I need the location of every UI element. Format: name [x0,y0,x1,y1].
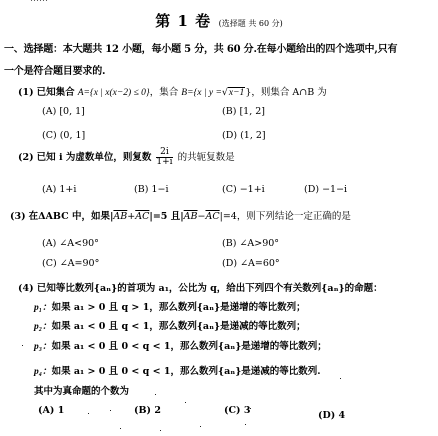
volume-title-sub: (选择题 共 60 分) [219,19,283,28]
proposition-p1: p₁：如果 a₁ > 0 且 q > 1，那么数列{aₙ}是递增的等比数列； [34,299,306,313]
exam-page: …… 第 1 卷 (选择题 共 60 分) 一、选择题：本大题共 12 小题，每… [0,0,438,436]
scan-speck [185,402,186,403]
scan-speck [120,428,121,429]
question-4-option-c[interactable]: (C) 3 [224,405,251,416]
vector-ac: AC [135,211,149,222]
option-value: ∠A<90° [59,238,99,249]
option-label: (A) [42,238,56,249]
set-b: B={x | y = [181,88,222,98]
question-text: 的共轭复数是 [178,152,235,163]
option-value: 4 [339,410,346,421]
question-3-option-a[interactable]: (A) ∠A<90° [42,238,99,249]
fraction-denominator: 1+i [156,158,172,167]
question-2-option-c[interactable]: (C) −1+i [222,184,265,195]
section-instructions-line1: 一、选择题：本大题共 12 小题，每小题 5 分，共 60 分.在每小题给出的四… [4,40,397,55]
question-text: 已知集合 [37,87,75,98]
scan-speck [340,378,341,379]
option-label: (B) [222,238,236,249]
question-1-option-a[interactable]: (A) [0, 1] [42,106,85,117]
cropped-previous-line: …… [30,0,48,4]
option-value: 1 [58,405,65,416]
proposition-p4: p₄：如果 a₁ > 0 且 0 < q < 1，那么数列{aₙ}是递减的等比数… [34,363,321,377]
vector-ab: AB [184,211,198,222]
option-value: 2 [154,405,161,416]
set-a: A={x | x(x−2) ≤ 0} [78,88,150,98]
fraction: 2i1+i [156,148,172,167]
option-label: (A) [38,405,54,416]
question-number: (1) [18,87,34,98]
option-label: (A) [42,184,56,195]
question-text: |=5 且| [149,211,183,222]
proposition-label: p₂： [34,322,52,332]
question-1-option-d[interactable]: (D) (1, 2] [222,130,266,141]
section-instructions-line2: 一个是符合题目要求的. [4,62,105,77]
option-label: (D) [304,184,319,195]
question-3-option-d[interactable]: (D) ∠A=60° [222,258,280,269]
question-1-option-b[interactable]: (B) [1, 2] [222,106,265,117]
proposition-p3: p₃：如果 a₁ < 0 且 0 < q < 1，那么数列{aₙ}是递增的等比数… [34,338,327,352]
option-value: [1, 2] [239,106,265,117]
option-value: (0, 1] [60,130,86,141]
question-text: ，则集合 A∩B 为 [251,87,326,98]
option-label: (B) [222,106,236,117]
scan-speck [250,408,251,409]
proposition-text: 如果 a₁ > 0 且 0 < q < 1，那么数列{aₙ}是递减的等比数列. [52,366,321,377]
proposition-text: 如果 a₁ < 0 且 0 < q < 1，那么数列{aₙ}是递增的等比数列； [52,341,327,352]
question-2-option-d[interactable]: (D) −1−i [304,184,347,195]
vector-ab: AB [113,211,127,222]
option-value: ∠A=60° [240,258,280,269]
question-number: (2) [18,152,34,163]
proposition-p2: p₂：如果 a₁ < 0 且 q < 1，那么数列{aₙ}是递减的等比数列； [34,318,306,332]
scan-speck [160,430,161,431]
volume-title-main: 第 1 卷 [155,12,211,30]
option-label: (A) [42,106,56,117]
question-text: ，集合 [150,87,179,98]
option-label: (C) [42,258,57,269]
scan-speck [300,370,301,371]
option-value: −1+i [240,184,265,195]
option-value: [0, 1] [59,106,85,117]
proposition-label: p₁： [34,303,52,313]
option-value: 1+i [59,184,76,195]
question-text: |=4，则下列结论一定正确的是 [220,211,351,222]
scan-speck [22,345,23,346]
option-label: (B) [134,184,148,195]
question-1-stem: (1) 已知集合 A={x | x(x−2) ≤ 0}，集合 B={x | y … [18,84,327,98]
proposition-text: 如果 a₁ > 0 且 q > 1，那么数列{aₙ}是递增的等比数列； [52,302,306,313]
proposition-text: 如果 a₁ < 0 且 q < 1，那么数列{aₙ}是递减的等比数列； [52,321,306,332]
sqrt-expression: x−1 [228,87,245,98]
question-4-option-a[interactable]: (A) 1 [38,405,64,416]
question-1-option-c[interactable]: (C) (0, 1] [42,130,85,141]
question-number: (4) [18,283,34,294]
option-label: (D) [318,410,335,421]
scan-speck [88,413,89,414]
question-3-option-c[interactable]: (C) ∠A=90° [42,258,99,269]
question-3-stem: (3) 在ΔABC 中，如果|AB+AC|=5 且|AB−AC|=4，则下列结论… [10,208,351,222]
volume-title: 第 1 卷 (选择题 共 60 分) [0,10,438,31]
option-value: 3 [244,405,251,416]
question-3-option-b[interactable]: (B) ∠A>90° [222,238,279,249]
option-label: (C) [42,130,57,141]
option-label: (D) [222,130,237,141]
question-2-option-b[interactable]: (B) 1−i [134,184,168,195]
option-label: (C) [224,405,241,416]
question-4-option-d[interactable]: (D) 4 [318,410,345,421]
proposition-label: p₄： [34,367,52,377]
option-value: 1−i [151,184,168,195]
option-value: ∠A=90° [60,258,100,269]
question-4-conclusion: 其中为真命题的个数为 [34,383,129,397]
option-label: (C) [222,184,237,195]
scan-speck [200,426,201,427]
question-text: 已知 i 为虚数单位，则复数 [37,152,152,163]
question-2-option-a[interactable]: (A) 1+i [42,184,76,195]
option-value: ∠A>90° [239,238,279,249]
option-label: (D) [222,258,237,269]
option-value: −1−i [322,184,347,195]
vector-ac: AC [205,211,219,222]
question-4-stem: (4) 已知等比数列{aₙ}的首项为 a₁，公比为 q，给出下列四个有关数列{a… [18,280,383,294]
question-text: 在ΔABC 中，如果| [29,211,114,222]
question-text: 已知等比数列{aₙ}的首项为 a₁，公比为 q，给出下列四个有关数列{aₙ}的命… [37,283,383,294]
option-value: (1, 2] [240,130,266,141]
question-4-option-b[interactable]: (B) 2 [134,405,161,416]
question-2-stem: (2) 已知 i 为虚数单位，则复数 2i1+i 的共轭复数是 [18,148,235,167]
option-label: (B) [134,405,151,416]
proposition-label: p₃： [34,342,52,352]
scan-speck [245,424,246,425]
scan-speck [110,410,111,411]
question-number: (3) [10,211,26,222]
scan-speck [155,394,156,395]
